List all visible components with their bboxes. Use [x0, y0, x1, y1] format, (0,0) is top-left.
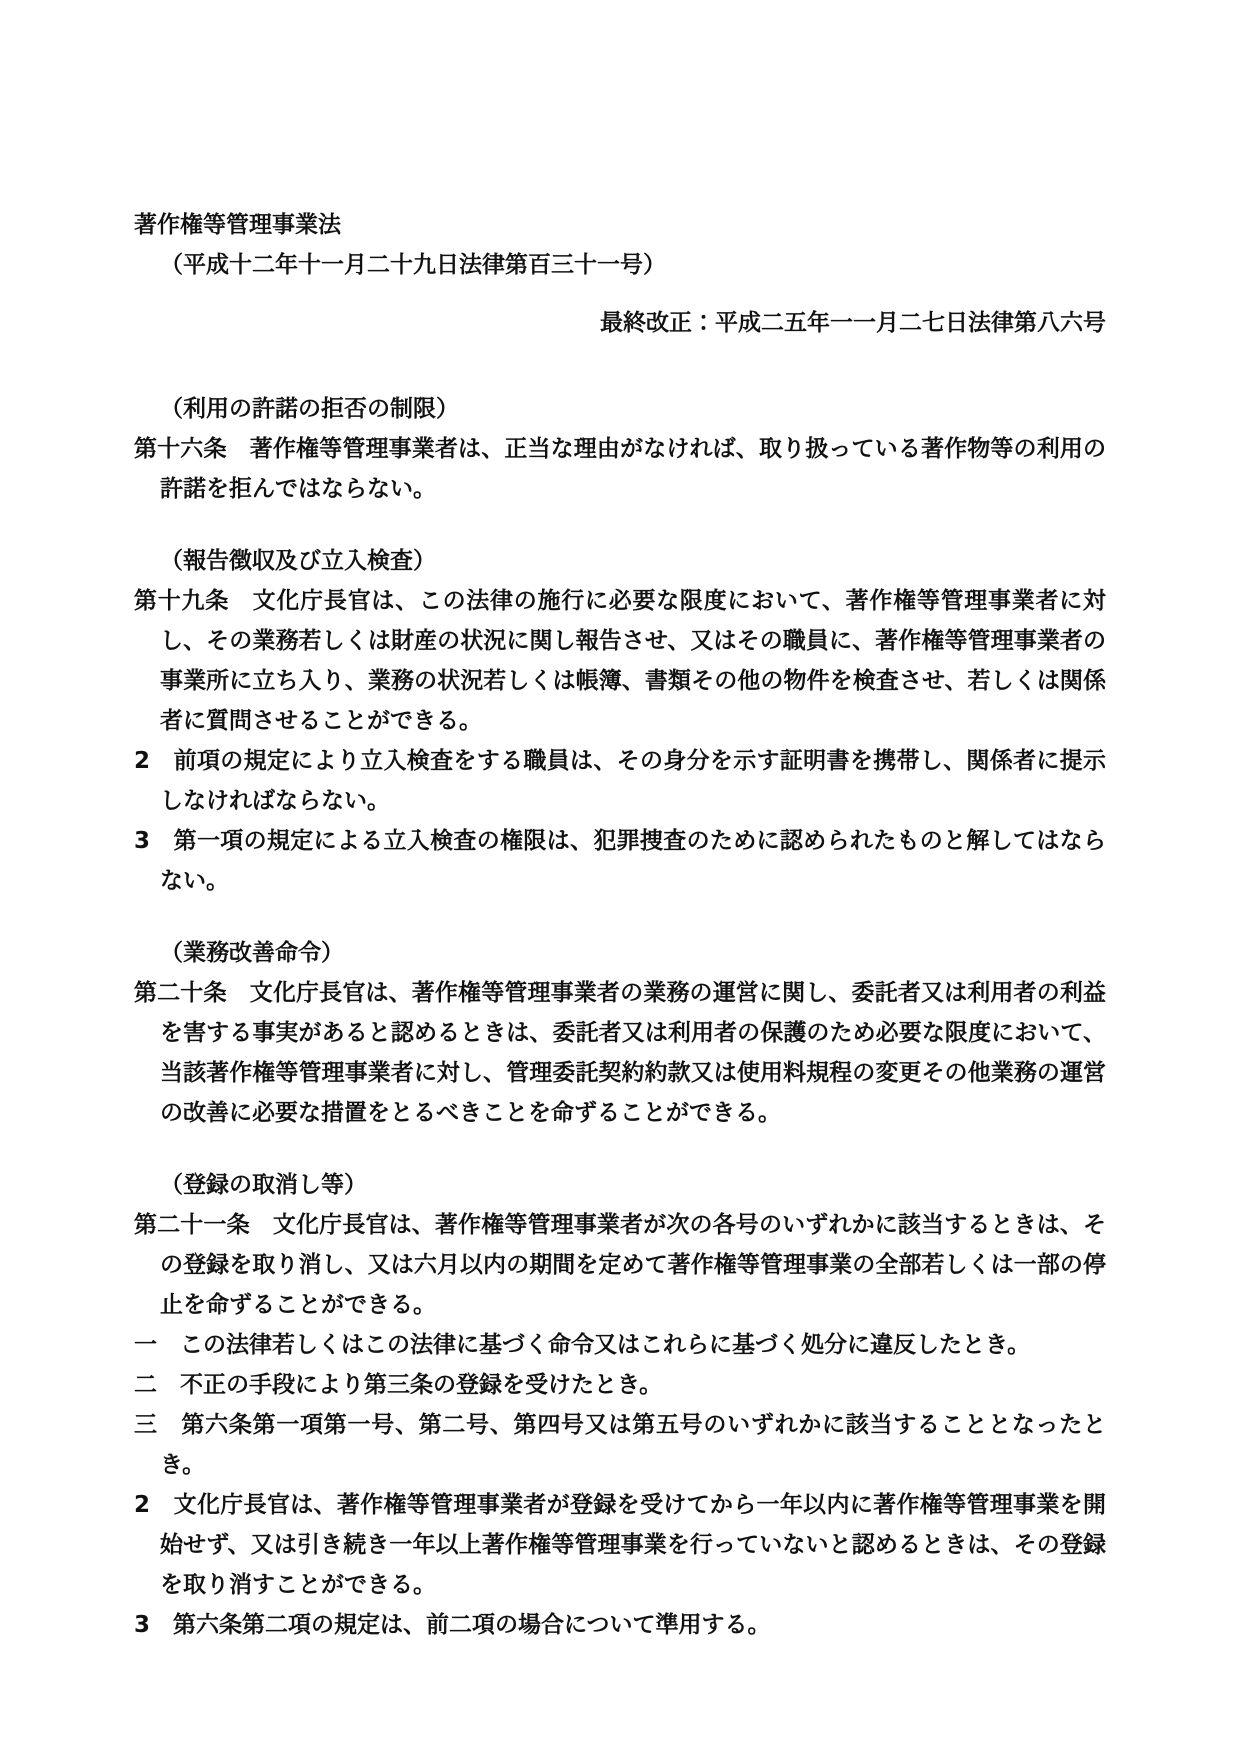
- article-21-paragraph-3: 3 第六条第二項の規定は、前二項の場合について準用する。: [134, 1605, 1106, 1645]
- article-19-paragraph-2: 2 前項の規定により立入検査をする職員は、その身分を示す証明書を携帯し、関係者に…: [134, 741, 1106, 821]
- article-21-item-1: 一 この法律若しくはこの法律に基づく命令又はこれらに基づく処分に違反したとき。: [134, 1325, 1106, 1365]
- section-heading-business-improvement-order: （業務改善命令）: [134, 933, 1106, 973]
- document-content: 著作権等管理事業法 （平成十二年十一月二十九日法律第百三十一号） 最終改正：平成…: [0, 0, 1240, 1645]
- article-20-paragraph-1: 第二十条 文化庁長官は、著作権等管理事業者の業務の運営に関し、委託者又は利用者の…: [134, 973, 1106, 1133]
- section-article-16: （利用の許諾の拒否の制限） 第十六条 著作権等管理事業者は、正当な理由がなければ…: [134, 389, 1106, 509]
- section-article-20: （業務改善命令） 第二十条 文化庁長官は、著作権等管理事業者の業務の運営に関し、…: [134, 933, 1106, 1133]
- section-article-19: （報告徴収及び立入検査） 第十九条 文化庁長官は、この法律の施行に必要な限度にお…: [134, 541, 1106, 901]
- article-21-item-3: 三 第六条第一項第一号、第二号、第四号又は第五号のいずれかに該当することとなった…: [134, 1405, 1106, 1485]
- article-21-item-2: 二 不正の手段により第三条の登録を受けたとき。: [134, 1365, 1106, 1405]
- article-21-paragraph-2: 2 文化庁長官は、著作権等管理事業者が登録を受けてから一年以内に著作権等管理事業…: [134, 1485, 1106, 1605]
- document-page: 著作権等管理事業法 （平成十二年十一月二十九日法律第百三十一号） 最終改正：平成…: [0, 0, 1240, 1754]
- section-heading-report-inspection: （報告徴収及び立入検査）: [134, 541, 1106, 581]
- article-16-paragraph-1: 第十六条 著作権等管理事業者は、正当な理由がなければ、取り扱っている著作物等の利…: [134, 429, 1106, 509]
- doc-subtitle-law-number: （平成十二年十一月二十九日法律第百三十一号）: [134, 245, 1106, 285]
- last-amendment-note: 最終改正：平成二五年一一月二七日法律第八六号: [134, 303, 1106, 343]
- section-heading-registration-cancellation: （登録の取消し等）: [134, 1165, 1106, 1205]
- doc-title: 著作権等管理事業法: [134, 205, 1106, 245]
- section-article-21: （登録の取消し等） 第二十一条 文化庁長官は、著作権等管理事業者が次の各号のいず…: [134, 1165, 1106, 1645]
- article-19-paragraph-3: 3 第一項の規定による立入検査の権限は、犯罪捜査のために認められたものと解しては…: [134, 821, 1106, 901]
- article-21-paragraph-1: 第二十一条 文化庁長官は、著作権等管理事業者が次の各号のいずれかに該当するときは…: [134, 1205, 1106, 1325]
- section-heading-license-refusal: （利用の許諾の拒否の制限）: [134, 389, 1106, 429]
- article-19-paragraph-1: 第十九条 文化庁長官は、この法律の施行に必要な限度において、著作権等管理事業者に…: [134, 581, 1106, 741]
